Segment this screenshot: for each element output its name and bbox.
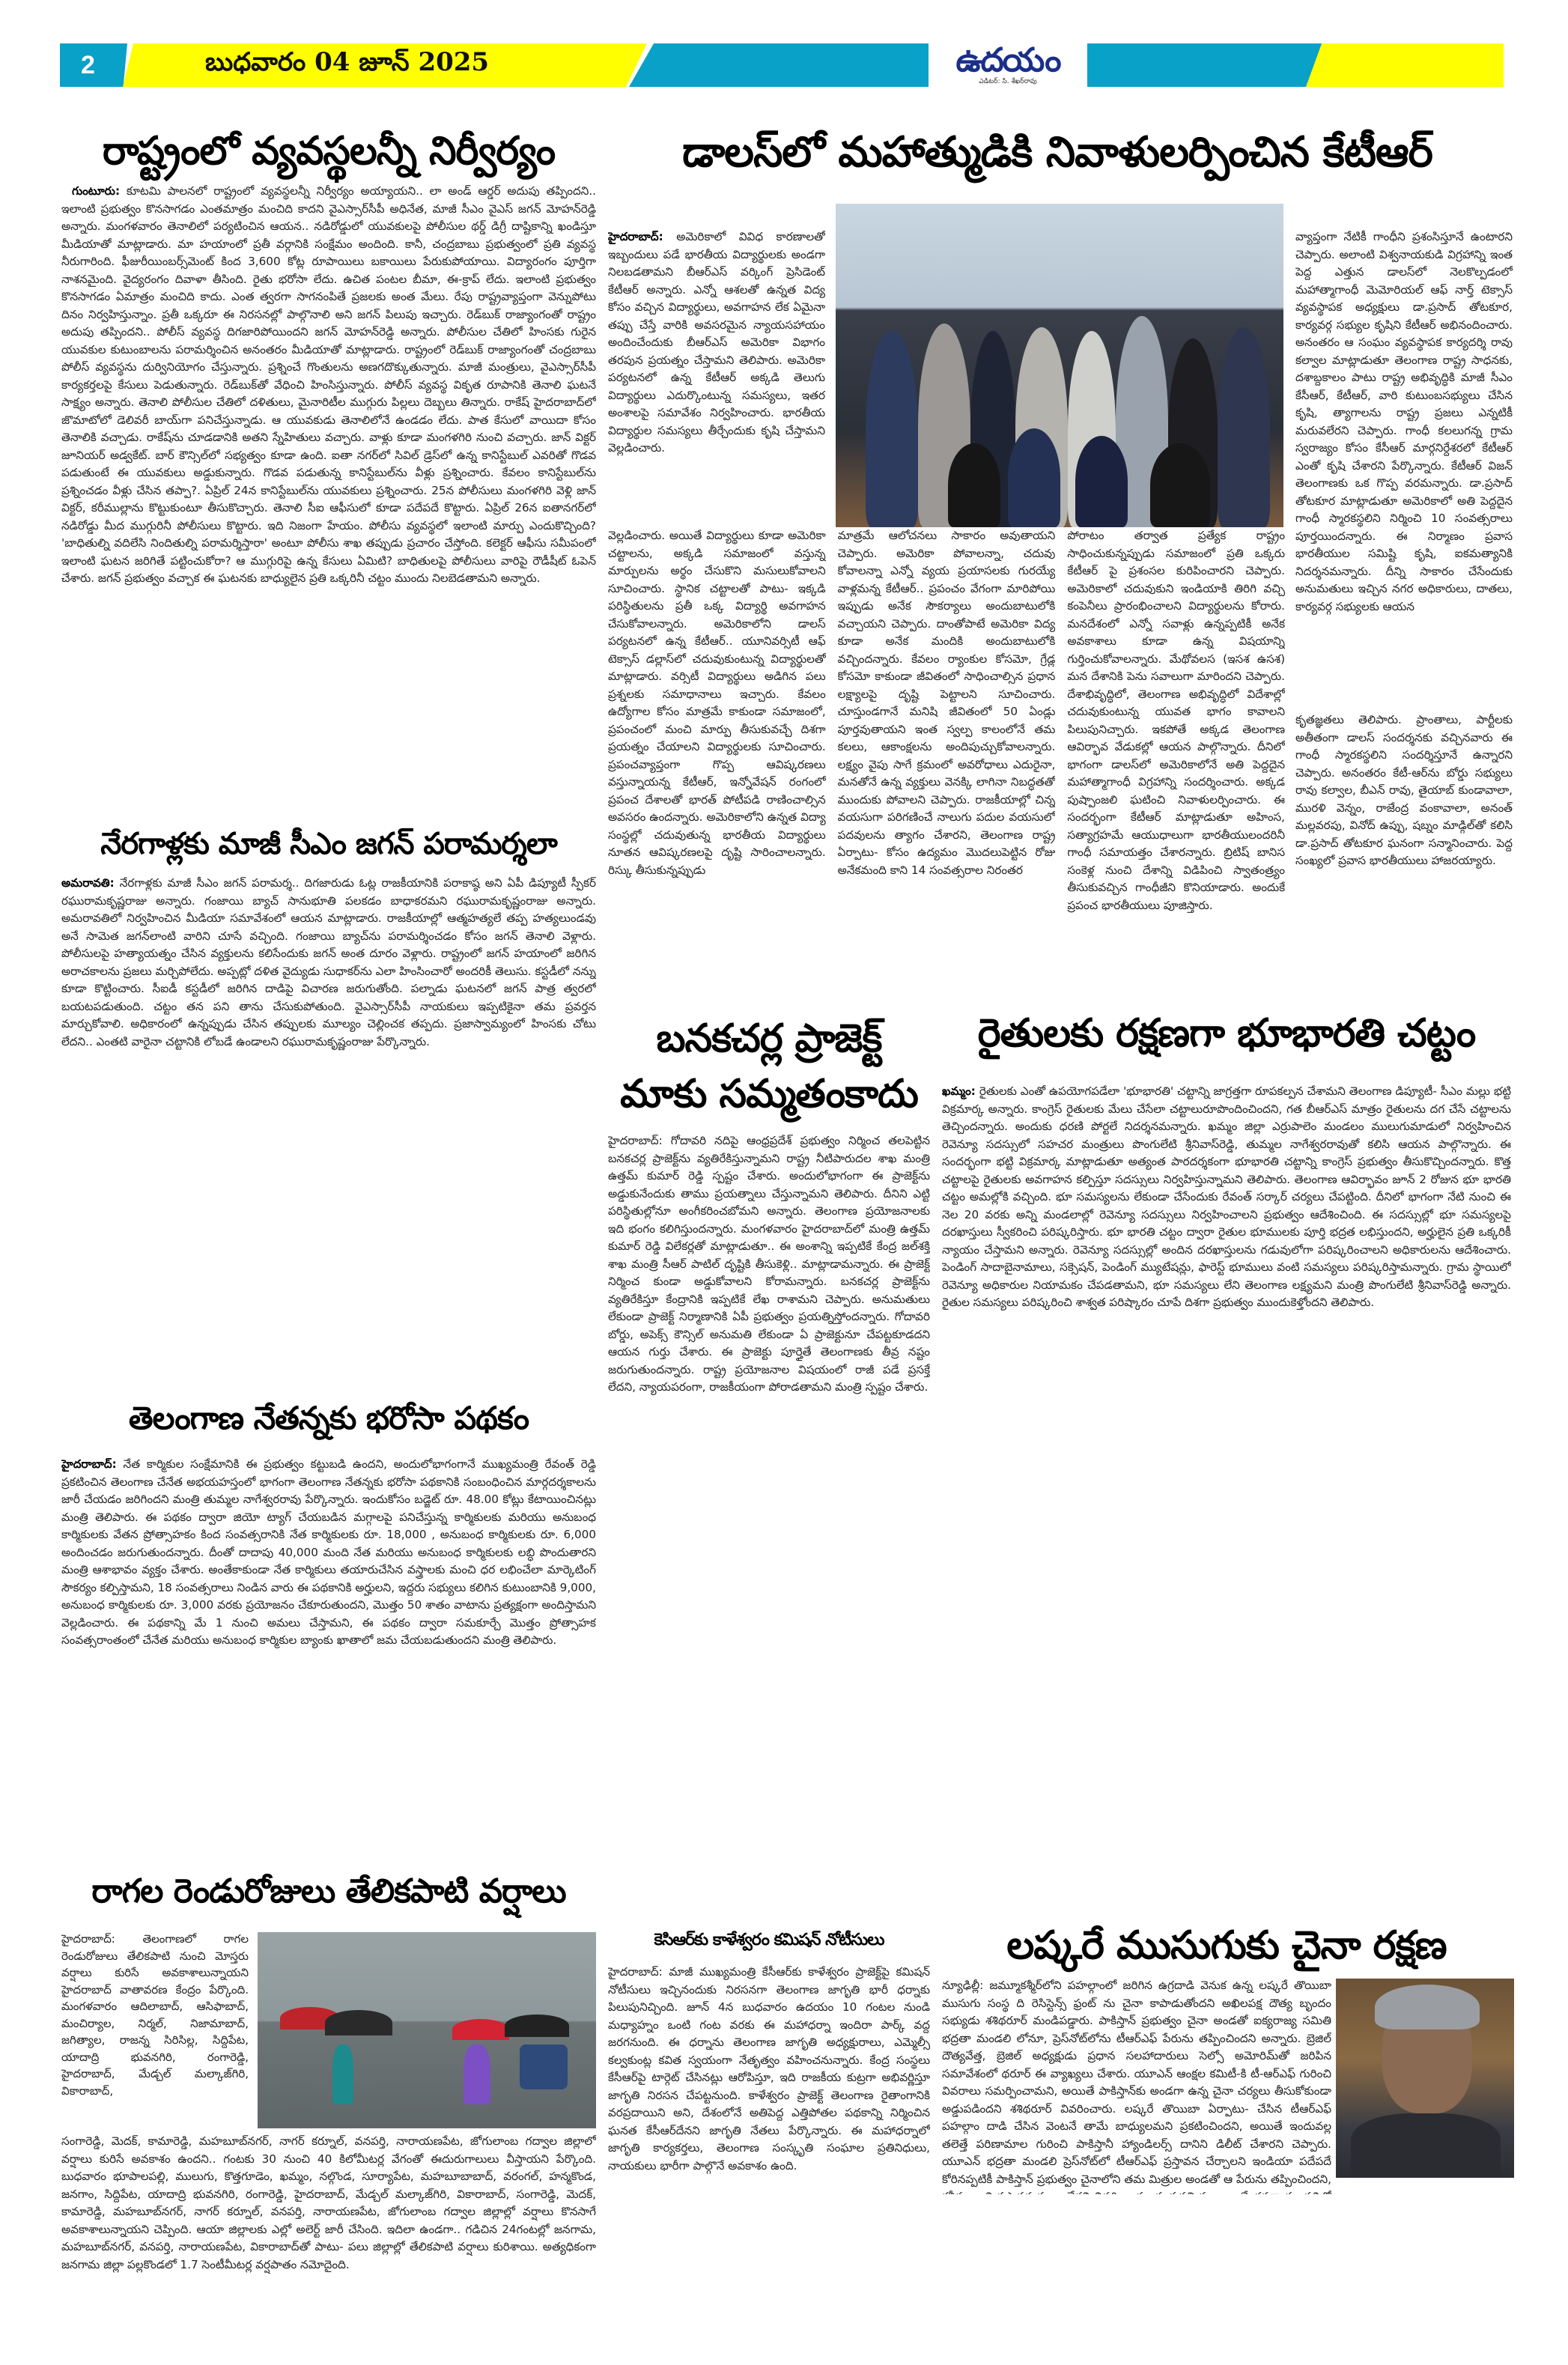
ktr-columns: వెల్లడించారు. అయితే విద్యార్థులు కూడా అమ… [608,527,1285,950]
ktr-col-right-top: వ్యాప్తంగా నేటికీ గాంధీని ప్రశంసిస్తూనే … [1295,228,1513,618]
umbrella-icon [325,2010,392,2035]
umbrella-icon [505,2015,569,2037]
headline-line2: మాకు సమ్మతంకాదు [608,1066,930,1122]
dateline: ఖమ్మం: [942,1084,976,1098]
hair-shape [1375,1985,1480,2029]
logo-tagline: ఎడిటర్: సి. శేఖర్‌రావు [979,78,1037,87]
page-number: 2 [60,43,127,87]
article-state-systems: రాష్ట్రంలో వ్యవస్థలన్నీ నిర్వీర్యం గుంటూ… [61,124,596,813]
lashkar-body-bottom [942,2196,1514,2316]
car-shape [520,2044,568,2089]
dateline: హైదరాబాద్: [608,1134,663,1147]
ktr-col-c: పోరాటం తర్వాత ప్రత్యేక రాష్ట్రం సాధించుక… [1067,527,1285,950]
masthead: 2 బుధవారం 04 జూన్ 2025 ఉదయం ఎడిటర్: సి. … [60,43,1504,87]
dateline: న్యూఢిల్లీ: [942,1979,983,1992]
ktr-col-a: వెల్లడించారు. అయితే విద్యార్థులు కూడా అమ… [608,527,826,950]
article-body: అమరావతి: నేరగాళ్లకు మాజీ సీఎం జగన్ పరామర… [61,875,596,1378]
article-lashkar-china: లష్కరే ముసుగుకు చైనా రక్షణ [942,1919,1511,1973]
ktr-col1-top: హైదరాబాద్: అమెరికాలో వివిధ కారణాలతో ఇబ్బ… [608,228,825,520]
lashkar-body-top: న్యూఢిల్లీ: జమ్మూకశ్మీర్‌లోని పహల్గాంలో … [942,1977,1331,2194]
headline: లష్కరే ముసుగుకు చైనా రక్షణ [942,1919,1511,1973]
article-body: హైదరాబాద్: నేత కార్మికుల సంక్షేమానికి ఈ … [61,1456,596,1842]
article-body: హైదరాబాద్: మాజీ ముఖ్యమంత్రి కేసీఆర్‌కు క… [608,1964,930,2323]
person-figure [948,443,1000,527]
article-kcr-notice: కెసిఆర్‌కు కాళేశ్వరం కమిషన్ నోటీసులు హైద… [608,1925,930,2323]
person-figure [1150,443,1210,527]
logo-text: ఉదయం [955,43,1060,78]
ktr-col-d-bottom: కృతజ్ఞతలు తెలిపారు. ప్రాంతాలు, పార్టీలకు… [1295,711,1513,951]
ktr-col-b: మాత్రమే ఆలోచనలు సాకారం అవుతాయని చెప్పారు… [838,527,1056,950]
dateline: అమరావతి: [61,876,115,890]
headline: రాష్ట్రంలో వ్యవస్థలన్నీ నిర్వీర్యం [61,124,596,178]
headline: డాలస్‌లో మహాత్ముడికి నివాళులర్పించిన కేట… [608,124,1507,181]
headline: నేరగాళ్లకు మాజీ సీఎం జగన్ పరామర్శలా [61,821,596,867]
headline: రైతులకు రక్షణగా భూభారతి చట్టం [942,1004,1511,1063]
dateline: హైదరాబాద్: [61,1457,117,1471]
article-body: హైదరాబాద్: గోదావరి నదిపై ఆంధ్రప్రదేశ్ ప్… [608,1132,930,1915]
article-ktr-dallas: డాలస్‌లో మహాత్ముడికి నివాళులర్పించిన కేట… [608,124,1507,181]
dateline: హైదరాబాద్: [608,1965,663,1979]
person-figure [1008,428,1060,527]
person-figure [1075,436,1128,527]
article-weavers: తెలంగాణ నేతన్నకు భరోసా పథకం హైదరాబాద్: న… [61,1391,596,1842]
tharoor-photo [1336,1979,1514,2178]
person-figure [1218,327,1270,527]
article-body-side: హైదరాబాద్: తెలంగాణలో రాగల రెండురోజులు తే… [61,1931,249,2133]
article-body: ఖమ్మం: రైతులకు ఎంతో ఉపయోగపడేలా 'భూభారతి'… [942,1083,1511,1883]
issue-date: బుధవారం 04 జూన్ 2025 [123,43,647,87]
person-figure [464,2044,490,2104]
umbrella-icon [452,2019,509,2040]
article-banakacherla: బనకచర్ల ప్రాజెక్ట్ మాకు సమ్మతంకాదు హైదరా… [608,1011,930,1915]
person-figure [332,2044,353,2104]
article-bhubharathi: రైతులకు రక్షణగా భూభారతి చట్టం ఖమ్మం: రైత… [942,1004,1511,1883]
suit-shape [1351,2113,1501,2178]
article-jagan-criminals: నేరగాళ్లకు మాజీ సీఎం జగన్ పరామర్శలా అమరా… [61,821,596,1378]
rain-photo [258,1932,596,2128]
newspaper-logo: ఉదయం ఎడిటర్: సి. శేఖర్‌రావు [929,37,1087,93]
headline-line1: బనకచర్ల ప్రాజెక్ట్ [608,1011,930,1066]
dateline: హైదరాబాద్: [61,1932,115,1946]
headline: తెలంగాణ నేతన్నకు భరోసా పథకం [61,1391,596,1445]
dateline: గుంటూరు: [72,184,120,198]
masthead-band-yellow [1306,43,1504,87]
article-body: గుంటూరు: కూటమి పాలనలో రాష్ట్రంలో వ్యవస్థ… [61,183,596,813]
headline: రాగల రెండురోజులు తేలికపాటి వర్షాలు [61,1865,596,1919]
article-rains: రాగల రెండురోజులు తేలికపాటి వర్షాలు హైదరా… [61,1865,596,2305]
headline: కెసిఆర్‌కు కాళేశ్వరం కమిషన్ నోటీసులు [608,1925,930,1956]
ktr-group-photo [836,204,1283,527]
dateline: హైదరాబాద్: [608,230,663,243]
person-figure [866,331,918,527]
article-body-full: సంగారెడ్డి, మెదక్, కామారెడ్డి, మహబూబ్‌నగ… [61,2133,596,2305]
